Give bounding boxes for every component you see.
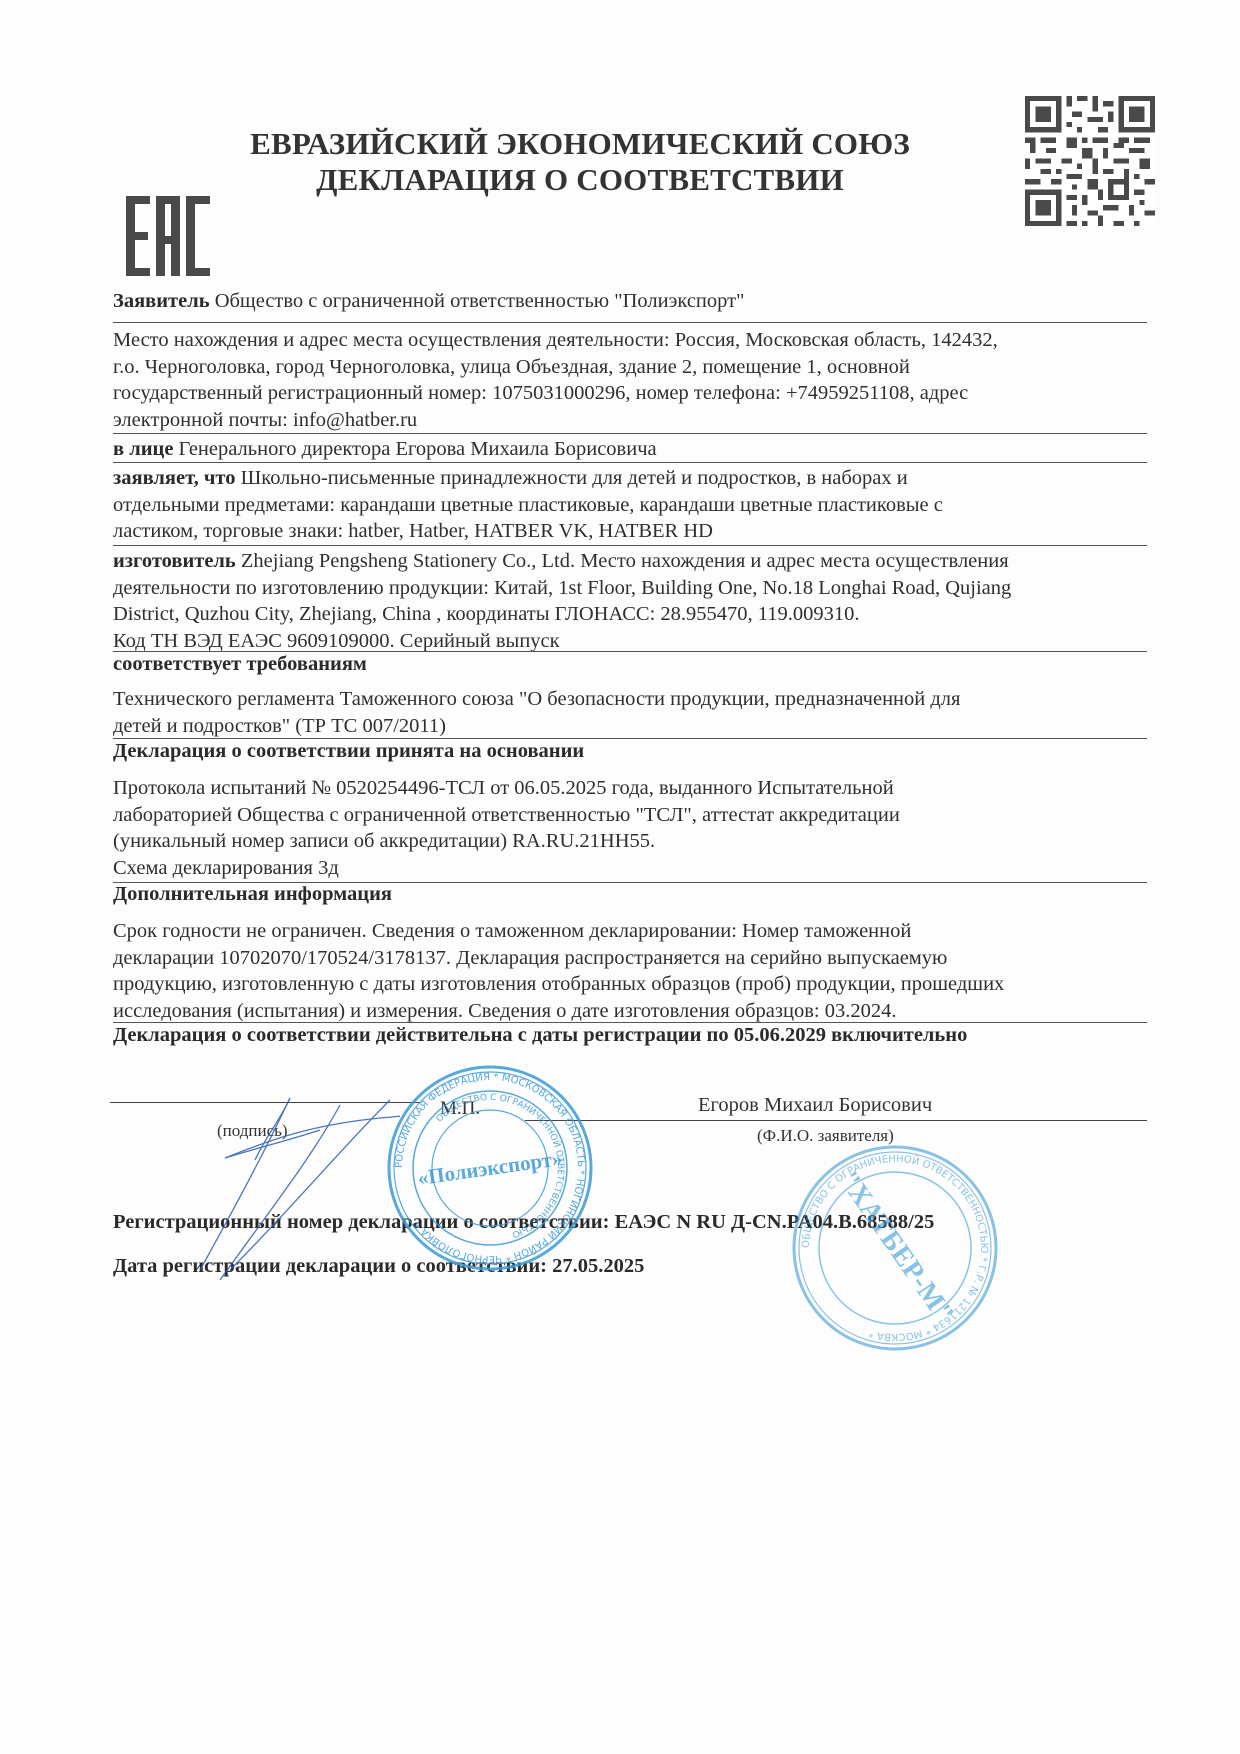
seal-mark: М.П. [440, 1098, 480, 1120]
represented-by-field: в лице Генерального директора Егорова Ми… [113, 436, 1143, 463]
registration-date: Дата регистрации декларации о соответств… [113, 1255, 644, 1278]
declares-line: Школьно-письменные принадлежности для де… [241, 467, 908, 489]
address-line: электронной почты: info@hatber.ru [113, 407, 1143, 434]
company-seal-polyexport-icon: РОССИЙСКАЯ ФЕДЕРАЦИЯ * МОСКОВСКАЯ ОБЛАСТ… [385, 1063, 595, 1273]
declaration-page: ЕВРАЗИЙСКИЙ ЭКОНОМИЧЕСКИЙ СОЮЗ ДЕКЛАРАЦИ… [0, 0, 1240, 1754]
basis-block: Протокола испытаний № 0520254496-ТСЛ от … [113, 775, 1143, 881]
handwritten-signature-icon [140, 1080, 400, 1280]
registration-number-value: ЕАЭС N RU Д-CN.PA04.B.68588/25 [615, 1211, 935, 1233]
divider [113, 1022, 1147, 1023]
additional-line: продукцию, изготовленную с даты изготовл… [113, 971, 1143, 998]
basis-line: Протокола испытаний № 0520254496-ТСЛ от … [113, 775, 1143, 802]
registration-date-value: 27.05.2025 [552, 1255, 644, 1277]
applicant-label: Заявитель [113, 290, 210, 312]
conforms-line: Технического регламента Таможенного союз… [113, 686, 1143, 713]
manufacturer-line: District, Quzhou City, Zhejiang, China ,… [113, 601, 1143, 628]
applicant-value: Общество с ограниченной ответственностью… [215, 290, 745, 312]
company-seal-hatber-icon: ОБЩЕСТВО С ОГРАНИЧЕННОЙ ОТВЕТСТВЕННОСТЬЮ… [790, 1143, 1000, 1353]
additional-label: Дополнительная информация [113, 883, 392, 906]
basis-line: Схема декларирования 3д [113, 855, 1143, 882]
divider [113, 462, 1147, 463]
document-title: ДЕКЛАРАЦИЯ О СООТВЕТСТВИИ [200, 162, 960, 198]
registration-number-label: Регистрационный номер декларации о соотв… [113, 1211, 609, 1233]
manufacturer-line: деятельности по изготовлению продукции: … [113, 575, 1143, 602]
additional-block: Срок годности не ограничен. Сведения о т… [113, 918, 1143, 1024]
declares-block: заявляет, что Школьно-письменные принадл… [113, 465, 1143, 545]
basis-line: (уникальный номер записи об аккредитации… [113, 828, 1143, 855]
qr-code-icon [1025, 96, 1155, 226]
name-line [525, 1120, 1147, 1121]
additional-line: Срок годности не ограничен. Сведения о т… [113, 918, 1143, 945]
additional-line: исследования (испытания) и измерения. Св… [113, 998, 1143, 1025]
svg-text:ОБЩЕСТВО С ОГРАНИЧЕННОЙ ОТВЕТС: ОБЩЕСТВО С ОГРАНИЧЕННОЙ ОТВЕТСТВЕННОСТЬЮ… [801, 1154, 989, 1342]
conforms-line: детей и подростков" (ТР ТС 007/2011) [113, 713, 1143, 740]
signer-caption: (Ф.И.О. заявителя) [757, 1126, 894, 1146]
represented-by-value: Генерального директора Егорова Михаила Б… [179, 438, 657, 460]
basis-label: Декларация о соответствии принята на осн… [113, 740, 584, 763]
manufacturer-label: изготовитель [113, 550, 236, 572]
address-line: г.о. Черноголовка, город Черноголовка, у… [113, 354, 1143, 381]
svg-text:РОССИЙСКАЯ ФЕДЕРАЦИЯ * МОСКОВС: РОССИЙСКАЯ ФЕДЕРАЦИЯ * МОСКОВСКАЯ ОБЛАСТ… [394, 1072, 586, 1264]
signer-name: Егоров Михаил Борисович [698, 1094, 932, 1117]
svg-text:«Полиэкспорт»: «Полиэкспорт» [416, 1146, 564, 1190]
signature-line [110, 1102, 420, 1103]
divider [113, 651, 1147, 652]
validity-statement: Декларация о соответствии действительна … [113, 1024, 967, 1047]
union-title: ЕВРАЗИЙСКИЙ ЭКОНОМИЧЕСКИЙ СОЮЗ [200, 126, 960, 162]
eac-logo-icon [126, 196, 210, 276]
declares-line: ластиком, торговые знаки: hatber, Hatber… [113, 518, 1143, 545]
divider [113, 545, 1147, 546]
applicant-field: Заявитель Общество с ограниченной ответс… [113, 288, 1143, 315]
conforms-block: Технического регламента Таможенного союз… [113, 686, 1143, 739]
divider [113, 322, 1147, 323]
declares-label: заявляет, что [113, 467, 235, 489]
registration-number: Регистрационный номер декларации о соотв… [113, 1211, 934, 1234]
svg-text:"ХАТБЕР-М": "ХАТБЕР-М" [833, 1165, 960, 1328]
divider [113, 738, 1147, 739]
additional-line: декларации 10702070/170524/3178137. Декл… [113, 945, 1143, 972]
address-block: Место нахождения и адрес места осуществл… [113, 327, 1143, 433]
manufacturer-block: изготовитель Zhejiang Pengsheng Statione… [113, 548, 1143, 654]
address-line: государственный регистрационный номер: 1… [113, 380, 1143, 407]
registration-date-label: Дата регистрации декларации о соответств… [113, 1255, 547, 1277]
manufacturer-line: Zhejiang Pengsheng Stationery Co., Ltd. … [241, 550, 1009, 572]
conforms-label: соответствует требованиям [113, 653, 367, 676]
signature-caption: (подпись) [217, 1121, 288, 1141]
address-line: Место нахождения и адрес места осуществл… [113, 327, 1143, 354]
basis-line: лабораторией Общества с ограниченной отв… [113, 802, 1143, 829]
declares-line: отдельными предметами: карандаши цветные… [113, 492, 1143, 519]
divider [113, 433, 1147, 434]
represented-by-label: в лице [113, 438, 173, 460]
